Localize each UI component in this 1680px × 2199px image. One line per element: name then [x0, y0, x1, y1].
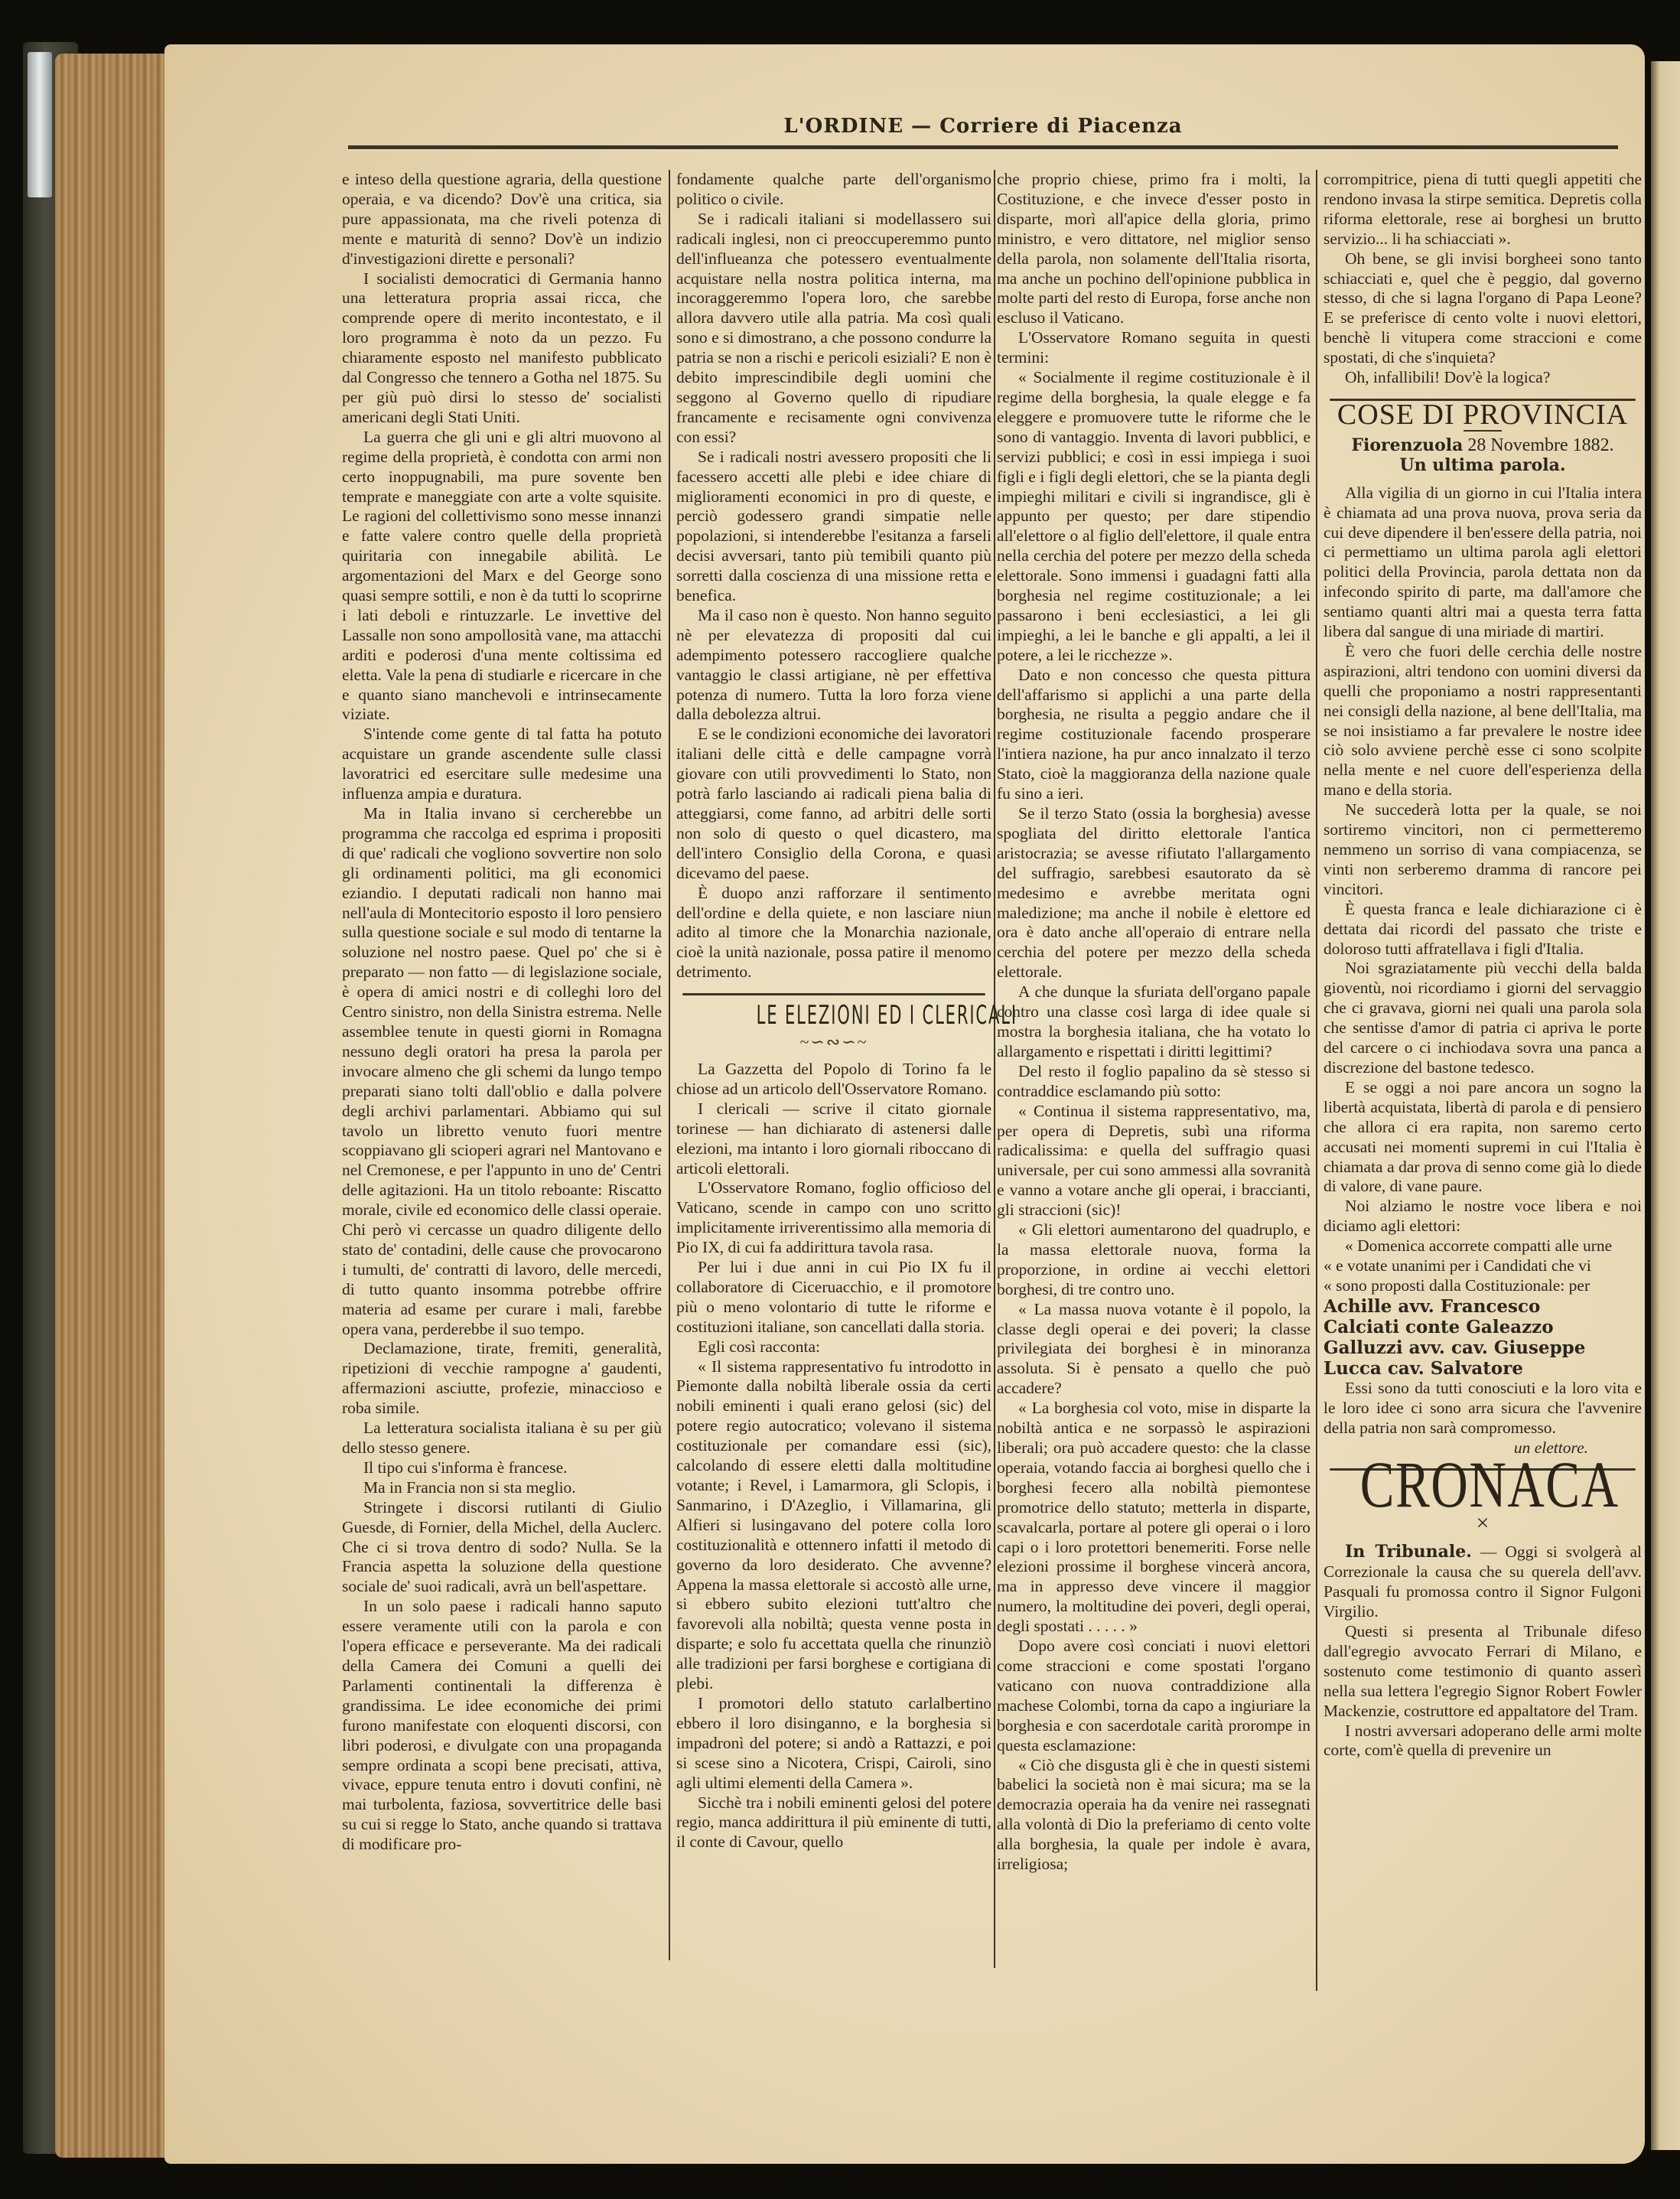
paragraph: Stringete i discorsi rutilanti di Giulio… [342, 1498, 662, 1598]
section-header-cronaca: CRONACA × [1323, 1468, 1642, 1535]
paragraph: Se i radicali italiani si modellassero s… [676, 210, 991, 448]
paragraph: In Tribunale. — Oggi si svolgerà al Corr… [1323, 1543, 1642, 1622]
paragraph: A che dunque la sfuriata dell'organo pap… [997, 982, 1310, 1062]
paragraph: Del resto il foglio papalino da sè stess… [997, 1062, 1310, 1102]
quote-line: « sono proposti dalla Costituzionale: pe… [1323, 1276, 1642, 1296]
paragraph: In un solo paese i radicali hanno saputo… [342, 1597, 662, 1855]
paragraph: Per lui i due anni in cui Pio IX fu il c… [676, 1258, 991, 1337]
paragraph: Oh bene, se gli invisi borgheei sono tan… [1323, 249, 1642, 368]
paragraph: L'Osservatore Romano seguita in questi t… [997, 328, 1310, 368]
column-4: corrompitrice, piena di tutti quegli app… [1323, 170, 1642, 1761]
paragraph: fondamente qualche parte dell'organismo … [676, 170, 991, 210]
quote-line: « e votate unanimi per i Candidati che v… [1323, 1256, 1642, 1276]
section-title: LE ELEZIONI ED I CLERICALI [757, 1006, 1017, 1026]
paragraph: S'intende come gente di tal fatta ha pot… [342, 725, 662, 804]
paragraph: La Gazzetta del Popolo di Torino fa le c… [676, 1060, 991, 1099]
masthead-title: L'ORDINE — Corriere di Piacenza [348, 115, 1618, 138]
column-1: e inteso della questione agraria, della … [342, 170, 662, 1976]
paragraph: È vero che fuori delle cerchia delle nos… [1323, 642, 1642, 800]
paragraph: Questi si presenta al Tribunale difeso d… [1323, 1622, 1642, 1722]
ornamental-rule [682, 993, 985, 995]
section-title: CRONACA [1360, 1475, 1620, 1495]
paragraph: che proprio chiese, primo fra i molti, l… [997, 170, 1310, 328]
paragraph: È duopo anzi rafforzare il sentimento de… [676, 884, 991, 983]
paragraph: Noi alziamo le nostre voce libera e noi … [1323, 1197, 1642, 1236]
item-lead: In Tribunale. [1345, 1542, 1472, 1562]
paragraph: corrompitrice, piena di tutti quegli app… [1323, 170, 1642, 249]
quote-line: « Domenica accorrete compatti alle urne [1323, 1236, 1642, 1256]
paragraph: « Continua il sistema rappresentativo, m… [997, 1102, 1310, 1220]
paragraph: I promotori dello statuto carlalbertino … [676, 1694, 991, 1793]
paragraph: Ma in Italia invano si cercherebbe un pr… [342, 804, 662, 1339]
paragraph: E se oggi a noi pare ancora un sogno la … [1323, 1078, 1642, 1197]
column-3: che proprio chiese, primo fra i molti, l… [997, 170, 1310, 1875]
paragraph: È questa franca e leale dichiarazione ci… [1323, 900, 1642, 959]
paragraph: Sicchè tra i nobili eminenti gelosi del … [676, 1793, 991, 1853]
paragraph: Ma in Francia non si sta meglio. [342, 1478, 662, 1498]
section-header-provincia: COSE DI PROVINCIA Fiorenzuola 28 Novembr… [1323, 399, 1642, 476]
article-subtitle: Un ultima parola. [1323, 456, 1642, 476]
paragraph: I socialisti democratici di Germania han… [342, 269, 662, 428]
paragraph: Dato e non concesso che questa pittura d… [997, 666, 1310, 804]
column-divider [1316, 170, 1317, 1991]
masthead-rule [348, 145, 1618, 151]
paragraph: Egli così racconta: [676, 1337, 991, 1357]
paragraph: Essi sono da tutti conosciuti e la loro … [1323, 1379, 1642, 1438]
section-header-elezioni: LE ELEZIONI ED I CLERICALI ~∽∾∽~ [676, 993, 991, 1052]
paragraph: I nostri avversari adoperano delle armi … [1323, 1722, 1642, 1761]
paragraph: Declamazione, tirate, fremiti, generalit… [342, 1339, 662, 1419]
book-gutter [1651, 61, 1680, 2150]
candidate: Achille avv. Francesco [1323, 1296, 1642, 1317]
dateline-place: Fiorenzuola [1351, 435, 1463, 455]
paragraph: Se il terzo Stato (ossia la borghesia) a… [997, 804, 1310, 982]
paragraph: Se i radicali nostri avessero propositi … [676, 448, 991, 606]
paragraph: « Socialmente il regime costituzionale è… [997, 368, 1310, 666]
section-title: COSE DI PROVINCIA [1323, 406, 1642, 425]
metal-clip [28, 52, 52, 197]
column-divider [669, 170, 670, 1960]
paragraph: Dopo avere così conciati i nuovi elettor… [997, 1637, 1310, 1755]
column-2: fondamente qualche parte dell'organismo … [676, 170, 991, 1852]
paragraph: Oh, infallibili! Dov'è la logica? [1323, 368, 1642, 388]
paragraph: « La borghesia col voto, mise in dispart… [997, 1399, 1310, 1637]
paragraph: « Gli elettori aumentarono del quadruplo… [997, 1220, 1310, 1300]
paragraph: La guerra che gli uni e gli altri muovon… [342, 428, 662, 725]
paragraph: Il tipo cui s'informa è francese. [342, 1458, 662, 1478]
paragraph: La letteratura socialista italiana è su … [342, 1419, 662, 1458]
column-divider [994, 170, 995, 1968]
paragraph: I clericali — scrive il citato giornale … [676, 1099, 991, 1179]
flourish-ornament: ~∽∾∽~ [676, 1032, 991, 1052]
paragraph: e inteso della questione agraria, della … [342, 170, 662, 269]
dateline: Fiorenzuola 28 Novembre 1882. [1323, 436, 1642, 456]
paragraph: « La massa nuova votante è il popolo, la… [997, 1300, 1310, 1399]
paragraph: « Il sistema rappresentativo fu introdot… [676, 1357, 991, 1694]
candidate: Calciati conte Galeazzo [1323, 1317, 1642, 1337]
paragraph: Alla vigilia di un giorno in cui l'Itali… [1323, 484, 1642, 642]
candidate: Lucca cav. Salvatore [1323, 1358, 1642, 1379]
candidate-list: Achille avv. Francesco Calciati conte Ga… [1323, 1296, 1642, 1379]
paragraph: L'Osservatore Romano, foglio officioso d… [676, 1178, 991, 1258]
paragraph: Ne succederà lotta per la quale, se noi … [1323, 800, 1642, 900]
paragraph: « Ciò che disgusta gli è che in questi s… [997, 1756, 1310, 1875]
paragraph: Noi sgraziatamente più vecchi della bald… [1323, 959, 1642, 1077]
paragraph: Ma il caso non è questo. Non hanno segui… [676, 606, 991, 725]
page-edges [55, 54, 170, 2158]
paragraph: E se le condizioni economiche dei lavora… [676, 725, 991, 883]
candidate: Galluzzi avv. cav. Giuseppe [1323, 1337, 1642, 1358]
dateline-date: 28 Novembre 1882. [1467, 435, 1613, 455]
